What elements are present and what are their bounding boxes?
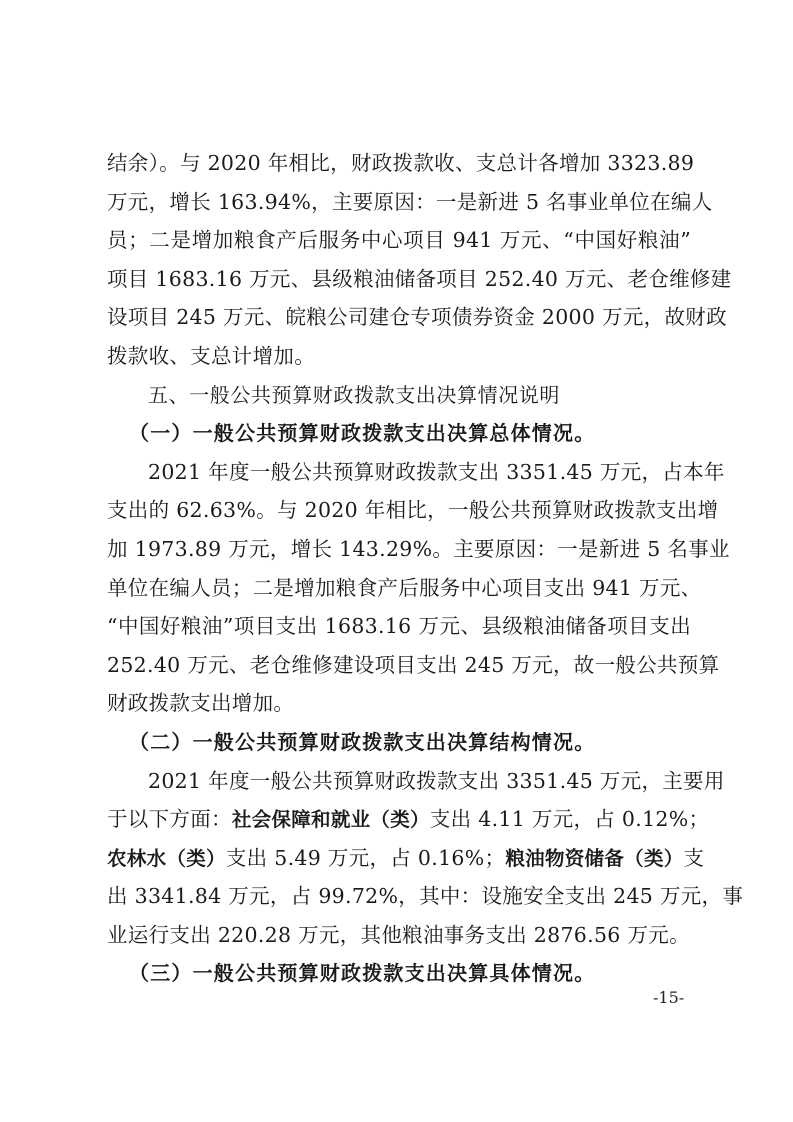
paragraph-continued: 结余）。与 2020 年相比，财政拨款收、支总计各增加 3323.89 万元，增… [107,144,691,376]
text-line: 2021 年度一般公共预算财政拨款支出 3351.45 万元，主要用 [107,762,691,801]
subsection-heading-3: （三）一般公共预算财政拨款支出决算具体情况。 [107,954,691,993]
text-line: 拨款收、支总计增加。 [107,337,691,376]
category-term: 粮油物资储备（类） [505,847,683,870]
text-line: 于以下方面：社会保障和就业（类）支出 4.11 万元，占 0.12%； [107,800,691,839]
text-line: 项目 1683.16 万元、县级粮油储备项目 252.40 万元、老仓维修建 [107,260,691,299]
subsection-heading-2: （二）一般公共预算财政拨款支出决算结构情况。 [107,723,691,762]
text-line: 支出的 62.63%。与 2020 年相比，一般公共预算财政拨款支出增 [107,491,691,530]
text-line: 单位在编人员；二是增加粮食产后服务中心项目支出 941 万元、 [107,569,691,608]
text-line: 设项目 245 万元、皖粮公司建仓专项债券资金 2000 万元，故财政 [107,298,691,337]
document-page: 结余）。与 2020 年相比，财政拨款收、支总计各增加 3323.89 万元，增… [107,144,691,993]
text-segment: 支出 5.49 万元，占 0.16%； [226,846,506,870]
text-line: 出 3341.84 万元，占 99.72%，其中：设施安全支出 245 万元，事 [107,877,691,916]
paragraph-subsection-2: 2021 年度一般公共预算财政拨款支出 3351.45 万元，主要用 于以下方面… [107,762,691,955]
text-segment: 支 [684,846,705,870]
text-line: 加 1973.89 万元，增长 143.29%。主要原因：一是新进 5 名事业 [107,530,691,569]
text-line: 结余）。与 2020 年相比，财政拨款收、支总计各增加 3323.89 [107,144,691,183]
paragraph-subsection-1: 2021 年度一般公共预算财政拨款支出 3351.45 万元，占本年 支出的 6… [107,453,691,723]
category-term: 社会保障和就业（类） [232,808,430,831]
page-number: -15- [653,988,684,1007]
text-segment: 于以下方面： [107,807,232,831]
text-line: 252.40 万元、老仓维修建设项目支出 245 万元，故一般公共预算 [107,646,691,685]
text-line: 财政拨款支出增加。 [107,684,691,723]
text-line: 员；二是增加粮食产后服务中心项目 941 万元、“中国好粮油” [107,221,691,260]
category-term: 农林水（类） [107,847,226,870]
text-segment: 支出 4.11 万元，占 0.12%； [430,807,710,831]
section-heading: 五、一般公共预算财政拨款支出决算情况说明 [107,376,691,415]
text-line: 2021 年度一般公共预算财政拨款支出 3351.45 万元，占本年 [107,453,691,492]
text-line: 业运行支出 220.28 万元，其他粮油事务支出 2876.56 万元。 [107,916,691,955]
subsection-heading-1: （一）一般公共预算财政拨款支出决算总体情况。 [107,414,691,453]
text-line: 农林水（类）支出 5.49 万元，占 0.16%；粮油物资储备（类）支 [107,839,691,878]
text-line: “中国好粮油”项目支出 1683.16 万元、县级粮油储备项目支出 [107,607,691,646]
text-line: 万元，增长 163.94%，主要原因：一是新进 5 名事业单位在编人 [107,183,691,222]
